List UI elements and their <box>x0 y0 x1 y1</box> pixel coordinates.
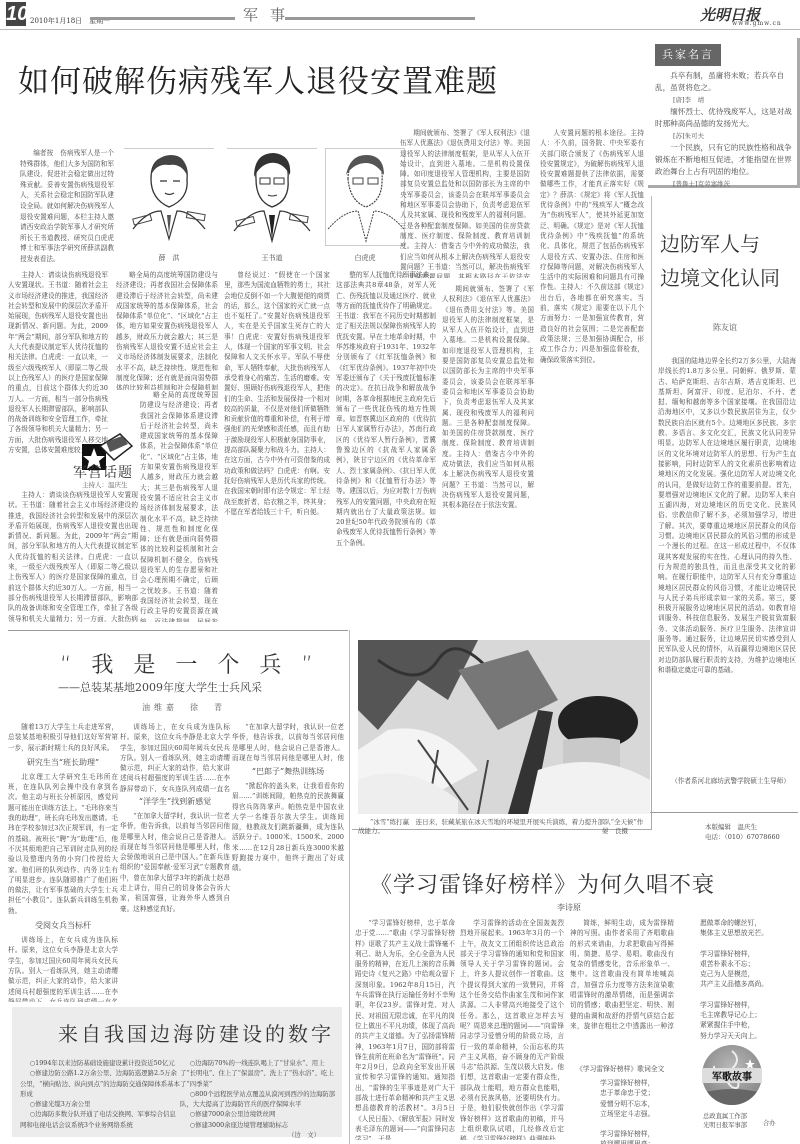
article2-headline[interactable]: “我是一个兵” <box>60 648 333 679</box>
numbers-item: ○修建边防公路1.2万余公里、边海防巡逻路2.5万余公里，“横向贴边、纵向到点”… <box>20 1068 180 1099</box>
numbers-item: ○修建光缆3万余公里 <box>20 1099 180 1109</box>
article2-section-text-cont: 训练场上，在女兵成为连队标杆。原来，这位女兵李静是北京大学学生，参加过国庆60周… <box>120 722 230 792</box>
article2-section-heading: 受阅女兵当标杆 <box>8 920 118 931</box>
lyrics-verse-1: 学习雷锋好榜样， 忠于革命忠于党； 爱憎分明不忘本， 立场坚定斗志强。 学习雷锋… <box>600 1078 690 1144</box>
page-number: 10 <box>6 2 26 26</box>
page-editor-info: 本版编辑 温庆生 电话：（010）67078660 <box>705 822 780 842</box>
article2-section-text: 训练场上，在女兵成为连队标杆。原来，这位女兵李静是北京大学学生，参加过国庆60周… <box>8 935 118 1002</box>
article2-lead: 随着13万大学生士兵走进军营，总装某基地积极引导他们这好军营第一步，展示新时期士… <box>8 722 118 753</box>
sidebar-article-body: 我国的陆地边界全长约2万多公里，大陆海岸线长约1.8万多公里。同朝鲜、俄罗斯、蒙… <box>658 356 796 801</box>
co-organizer-label: 合办 <box>763 1118 776 1127</box>
portrait-name-xue-hong: 薛 洪 <box>124 253 214 263</box>
portrait-sketch-icon <box>232 149 312 244</box>
lyric-line: 爱憎分明不忘本， <box>600 1099 690 1109</box>
quote-list: 兵卒有制，虽庸将未败；若兵卒自乱，虽贤将危之。 [唐]李 靖 缅怀烈士、优待残废… <box>655 70 795 190</box>
photo-caption-text: “冰雪”练打赢 连日来，驻藏某旅在冰天雪地的环境里开展实兵演练，着力提升部队“全… <box>358 818 643 835</box>
quote-text: 兵卒有制，虽庸将未败；若兵卒自乱，虽贤将危之。 <box>655 70 795 94</box>
music-column-badge-label: 军歌故事 <box>702 1068 762 1083</box>
article1-column-2b: 略全局的高度统筹国防建设与经济建设；再者我国社会保障体系建设滞后于经济社会转型，… <box>140 390 218 622</box>
article1-column-3: 曾经说过：“假使在一个国家里，那些为国流血牺牲的勇士，其社会地位反倒不如一个大腹… <box>224 270 330 622</box>
section-divider <box>8 630 348 631</box>
article2-column-1: 随着13万大学生士兵走进军营，总装某基地积极引导他们这好军营第一步，展示新时期士… <box>8 722 118 1002</box>
numbers-box-left-column: ○1994年以来边防基础设施建设累计投资近50亿元 ○修建边防公路1.2万余公里… <box>20 1058 180 1130</box>
section-name: 军事 <box>243 4 297 25</box>
article2-section-text: “掀起你的盖头来，让我看看你的眉……”训练间隙，帕热克的民族舞赢得官兵阵阵掌声。… <box>232 781 344 874</box>
lyrics-title: 《学习雷锋好榜样》歌词全文 <box>576 1063 664 1073</box>
article2-section-heading: “洋学生”找到新感觉 <box>120 796 230 807</box>
editor-note: 编者按 伤病残军人是一个特殊群体，他们大多为国防和军队建设、促进社会稳定做出过特… <box>20 148 114 278</box>
numbers-box-right-column: ○边海防70%的一线连队喝上了“甘泉水”、用上了“长明电”、住上了“保温房”、洗… <box>180 1058 338 1140</box>
portrait-bai-huhu <box>325 148 405 246</box>
numbers-item: ○边海防70%的一线连队喝上了“甘泉水”、用上了“长明电”、住上了“保温房”、洗… <box>180 1058 338 1089</box>
article1-column-6: 人安置问题的根本途径。主持人：不久前，国务院、中央军委有关部门联合颁发了《伤病残… <box>540 128 644 622</box>
lyric-line: 学习雷锋好榜样， <box>600 1078 690 1088</box>
masthead-rule-right <box>285 17 475 20</box>
numbers-item: ○边海防多数分队开通了电话交换网、军事综合信息网和电视电话会议系统3个业务网络系… <box>20 1109 180 1130</box>
sidebar-article-title-line2[interactable]: 边境文化认同 <box>660 262 780 291</box>
numbers-box-title[interactable]: 来自我国边海防建设的数字 <box>58 1018 334 1047</box>
article3-author: 李诗原 <box>557 902 581 913</box>
portrait-name-wang-shudao: 王书道 <box>227 253 317 263</box>
masthead-rule-left <box>90 17 235 20</box>
sidebar-article-author-note: （作者系河北廊坊武警学院硕士生导师） <box>658 776 796 786</box>
co-organizers: 总政直属工作部 光明日报军事部 <box>703 1112 747 1130</box>
photo-caption: “冰雪”练打赢 连日来，驻藏某旅在冰天雪地的环境里开展实兵演练，着力提升部队“全… <box>358 818 648 836</box>
article3-column-3: 简练，鲜明生动，成为雷锋精神的写照。曲作者采用了齐唱歌曲的形式来谱曲，力求把歌曲… <box>570 918 674 1032</box>
portrait-sketch-icon <box>326 149 404 244</box>
lyric-line: 愿做革命的螺丝钉， <box>700 918 790 928</box>
article2-section-text: 北京理工大学研究生毛玮所在班，在连队队列会操中没有拿到名次。他主动与班长分析原因… <box>8 772 118 916</box>
numbers-item: ○800个远程医学站点覆盖从漠河到西沙的边海防部队，大大提高了边海防官兵的医疗保… <box>180 1089 338 1110</box>
lyric-line: 艰苦朴素永不忘； <box>700 959 790 969</box>
numbers-item: ○修建7000余公里边境铁丝网 <box>180 1109 338 1119</box>
lyrics-verse-2: 愿做革命的螺丝钉， 集体主义思想放光芒。 学习雷锋好榜样， 艰苦朴素永不忘； 克… <box>700 918 790 1041</box>
article1-column-5b: 期间就颁布、签署了《军人权利法》《退伍军人优惠法》《退伍费用支付法》等。美国退役… <box>442 284 534 622</box>
numbers-item: ○1994年以来边防基础设施建设累计投资近50亿元 <box>20 1058 180 1068</box>
article2-section-heading: “巴郎子”舞热训练场 <box>232 766 344 777</box>
portrait-name-bai-huhu: 白虎虎 <box>325 253 405 263</box>
lyric-line: 毛主席教导记心上； <box>700 1010 790 1020</box>
sidebar-article-text: 我国的陆地边界全长约2万多公里，大陆海岸线长约1.8万多公里。同朝鲜、俄罗斯、蒙… <box>658 356 796 776</box>
editor-phone: 电话：（010）67078660 <box>705 832 780 842</box>
article2-authors: 油维嘉 徐 青 <box>142 702 226 713</box>
numbers-item: ○修建3000余座边境管理辅助标志 <box>180 1120 338 1130</box>
quote-text: 一个民族，只有它的民族性格和战争锻炼在不断地相互促进，才能指望在世界政治舞台上占… <box>655 142 795 178</box>
header-divider <box>0 29 800 30</box>
co-organizer: 总政直属工作部 <box>703 1112 747 1121</box>
snowy-soldier-photo-icon <box>358 640 650 814</box>
page-editor: 本版编辑 温庆生 <box>705 822 780 832</box>
news-photo[interactable] <box>358 640 650 814</box>
sidebar-article-author: 陈友谊 <box>713 322 737 333</box>
lyric-line: 学习雷锋好榜样， <box>600 1129 690 1139</box>
article3-column-2: 学习雷锋的活动在全国轰轰烈烈地开展起来。1963年3月的一个上午，战友文工团组织… <box>460 918 564 1140</box>
article1-column-4: 整的军人抚恤优待军事法典，这部法典共8章48条，对军人死亡、伤残抚恤以及通过医疗… <box>336 270 436 622</box>
lyric-line: 集体主义思想放光芒。 <box>700 928 790 938</box>
lyric-line: 学习雷锋好榜样， <box>700 949 790 959</box>
quote-text: 缅怀烈士、优待残废军人，这是对战时那种高尚品德的发扬光大。 <box>655 106 795 130</box>
portrait-sketch-icon <box>129 149 209 244</box>
sidebar-footer-rule <box>648 812 798 813</box>
article2-column-3: “在加拿大留学时，我认识一位老华侨，他告诉我，以前每当邻居问他是哪里人时，他会说… <box>232 722 344 1002</box>
co-organizer: 光明日报军事部 <box>703 1121 747 1130</box>
masthead: 10 2010年1月18日 星期一 军事 光明日报 www.gmw.cn <box>0 0 800 32</box>
article2-subtitle: ——总装某基地2009年度大学生士兵风采 <box>58 679 262 695</box>
quote-source: [唐]李 靖 <box>655 94 795 106</box>
lyric-line: 共产主义品德多高尚。 <box>700 979 790 989</box>
lyric-line: 紧紧握住手中枪， <box>700 1020 790 1030</box>
article-divider <box>349 630 350 1144</box>
lyric-line: 克己为人是模范， <box>700 969 790 979</box>
portrait-wang-shudao <box>227 148 317 246</box>
portrait-xue-hong <box>124 148 214 246</box>
article2-section-heading: 研究生当“班长助理” <box>8 757 118 768</box>
article1-column-1b: 主持人：请谈谈伤病残退役军人安置现状。王书道：随着社会主义市场经济建设的推进，我… <box>8 490 138 622</box>
newspaper-url[interactable]: www.gmw.cn <box>732 20 782 27</box>
article1-headline[interactable]: 如何破解伤病残军人退役安置难题 <box>18 56 498 101</box>
topic-badge-label: 军营话题 <box>73 462 133 482</box>
lyric-line: 放到哪里哪里亮； <box>600 1139 690 1144</box>
lyric-line: 忠于革命忠于党； <box>600 1088 690 1098</box>
lyric-line: 立场坚定斗志强。 <box>600 1109 690 1119</box>
article2-section-text: “在加拿大留学时，我认识一位老华侨，他告诉我，以前每当邻居问他是哪里人时，他会说… <box>120 811 230 914</box>
article2-section-text-cont: “在加拿大留学时，我认识一位老华侨，他告诉我，以前每当邻居问他是哪里人时，他会说… <box>232 722 344 762</box>
lyric-line: 学习雷锋好榜样， <box>700 1000 790 1010</box>
numbers-box-credit: （边 文） <box>180 1130 338 1140</box>
quote-source: [普鲁士]克劳塞维茨 <box>655 178 795 190</box>
quote-source: [苏]朱可夫 <box>655 130 795 142</box>
topic-badge-host: 主持人：温庆生 <box>82 480 128 489</box>
sidebar-article-title-line1[interactable]: 边防军人与 <box>660 228 760 257</box>
article3-headline[interactable]: 《学习雷锋好榜样》为何久唱不衰 <box>370 868 715 899</box>
article3-column-1: “学习雷锋好榜样，忠于革命忠于党……”歌曲《学习雷锋好榜样》讴歌了共产主义战士雷… <box>355 918 455 1140</box>
article1-column-5: 期间就颁布、签署了《军人权利法》《退伍军人优惠法》《退伍费用支付法》等。美国退役… <box>400 128 530 278</box>
article2-column-2: 训练场上，在女兵成为连队标杆。原来，这位女兵李静是北京大学学生，参加过国庆60周… <box>120 722 230 1002</box>
article1-column-2: 略全局的高度统筹国防建设与经济建设；再者我国社会保障体系建设滞后于经济社会转型，… <box>116 270 218 390</box>
quote-box-tag: 兵家名言 <box>655 44 721 66</box>
lyric-line: 努力学习天天向上。 <box>700 1031 790 1041</box>
photo-credit: 晏 良摄 <box>602 827 648 836</box>
